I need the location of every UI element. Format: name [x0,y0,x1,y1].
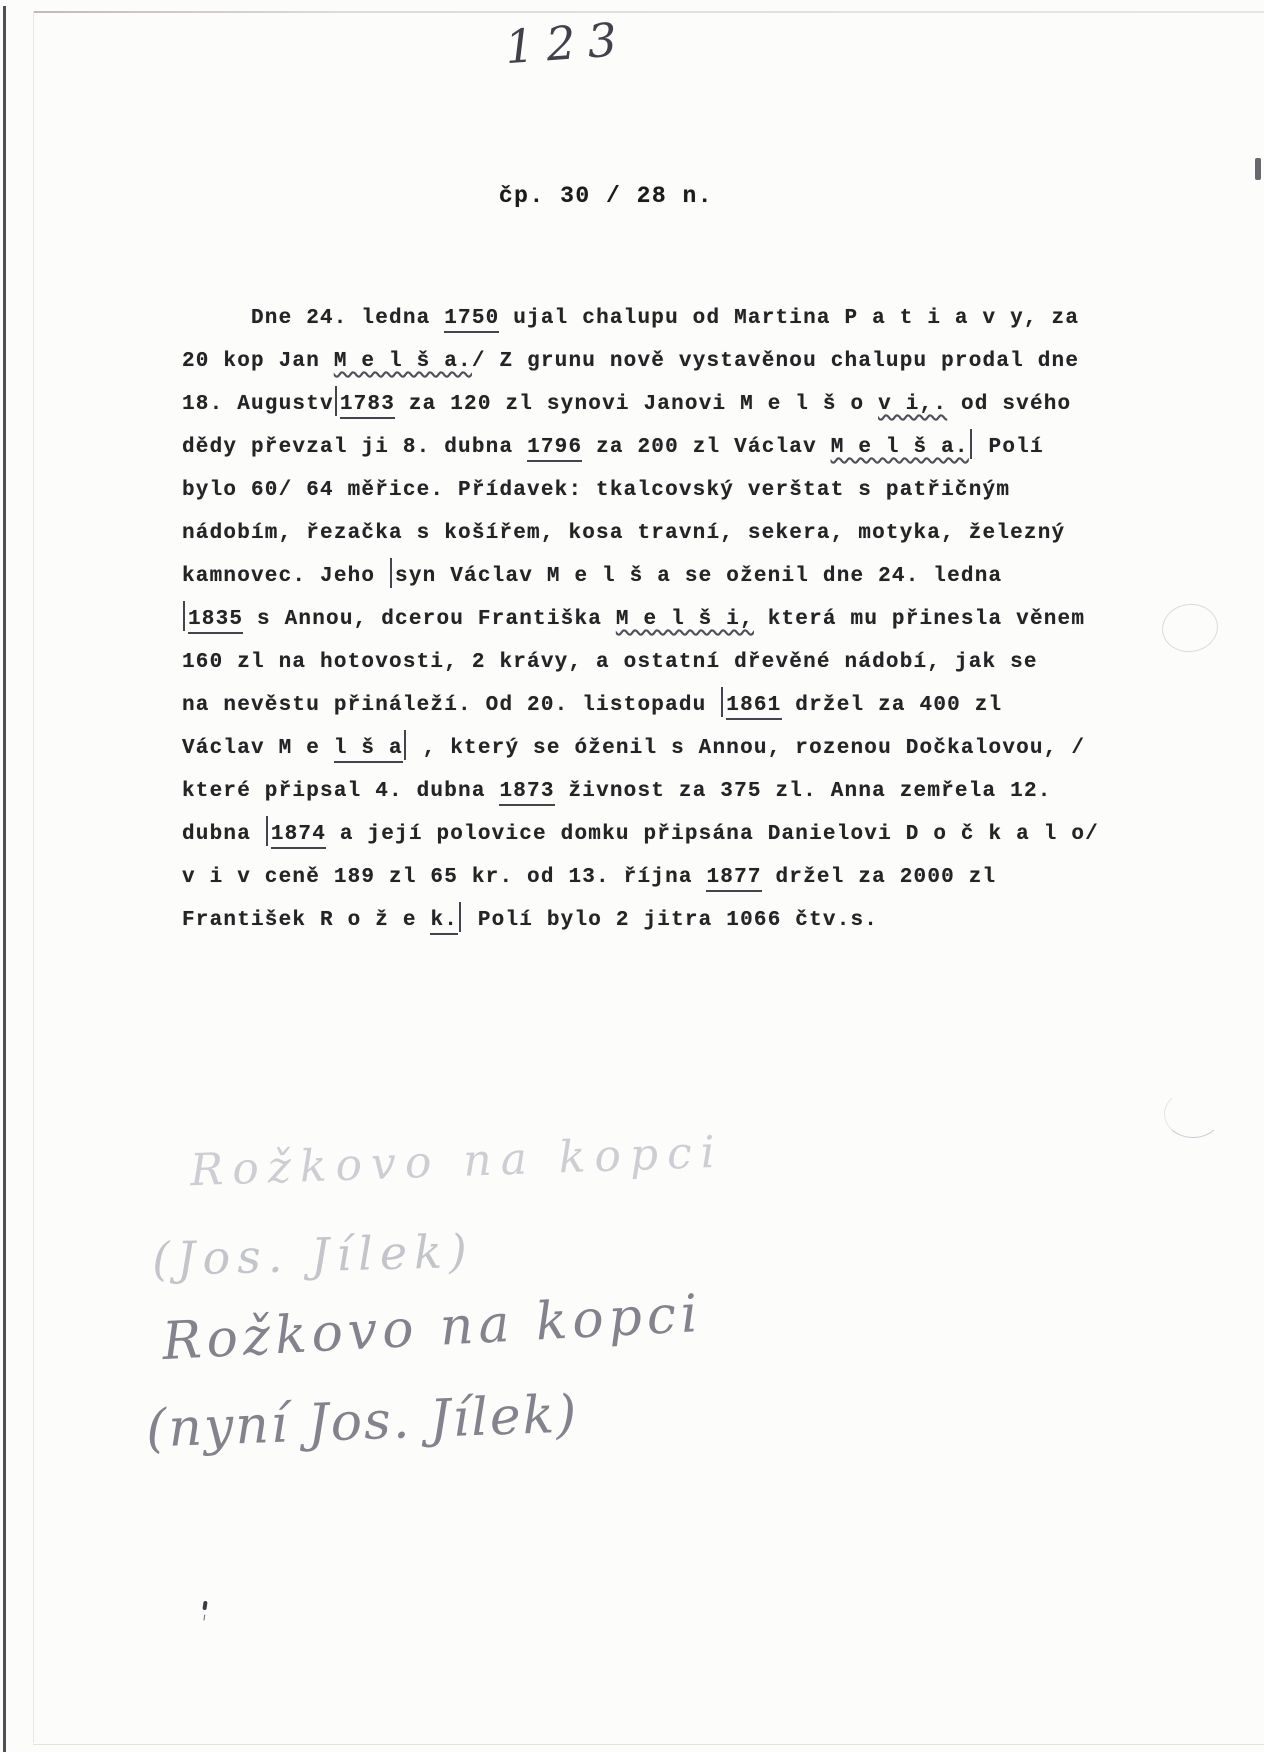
text-run: za 200 zl Václav [582,436,830,459]
scanned-document-page: 123 čp. 30 / 28 n. Dne 24. ledna 1750 uj… [0,0,1264,1752]
underlined-text: 1861 [726,694,781,720]
text-run: ujal chalupu od Martina P a t i a v y, z… [499,307,1079,330]
underlined-text: M e l š i, [616,608,754,631]
text-run: která mu přinesla věnem [754,608,1085,631]
underlined-text: k. [430,909,458,935]
text-run: 18. Augustv [182,393,334,416]
pen-tick-mark [335,386,337,416]
handwritten-note-faint-1: Rožkovo na kopci [189,1127,724,1197]
text-run: živnost za 375 zl. Anna zemřela 12. [555,780,1052,803]
pen-tick-mark [266,816,268,846]
text-run: Dne 24. ledna [251,307,444,330]
paragraph-line: bylo 60/ 64 měřice. Přídavek: tkalcovský… [182,469,1092,512]
underlined-text: v i,. [878,393,947,416]
text-run: dubna [182,823,265,846]
text-run: , který se óženil s Annou, rozenou Dočka… [409,737,1085,760]
text-run: 160 zl na hotovosti, 2 krávy, a ostatní … [182,651,1038,674]
paragraph-line: v i v ceně 189 zl 65 kr. od 13. října 18… [182,856,1092,899]
paragraph-line: Václav M e l š a , který se óženil s Ann… [182,727,1092,770]
underlined-text: 1877 [706,866,761,892]
paragraph-line: na nevěstu přináleží. Od 20. listopadu 1… [182,684,1092,727]
paragraph-line: kamnovec. Jeho syn Václav M e l š a se o… [182,555,1092,598]
text-run: 20 kop Jan [182,350,334,373]
document-title: čp. 30 / 28 n. [0,183,1212,209]
pen-tick-mark [183,601,185,631]
paper-bottom-edge [33,1744,1264,1745]
text-run: bylo 60/ 64 měřice. Přídavek: tkalcovský… [182,479,1010,502]
typewritten-paragraph: Dne 24. ledna 1750 ujal chalupu od Marti… [182,297,1092,942]
text-run: za 120 zl synovi Janovi M e l š o [395,393,878,416]
text-run: kamnovec. Jeho [182,565,389,588]
text-run: nádobím, řezačka s košířem, kosa travní,… [182,522,1065,545]
text-run: František R o ž e [182,909,430,932]
pen-tick-mark [390,558,392,588]
text-run: s Annou, dcerou Františka [243,608,616,631]
paper-crescent-stain [1164,1090,1222,1138]
pen-tick-mark [404,730,406,760]
paragraph-line: Dne 24. ledna 1750 ujal chalupu od Marti… [182,297,1092,340]
paper-left-edge [33,11,34,1743]
paper-ring-stain [1159,600,1221,655]
pen-tick-mark [721,687,723,717]
text-run: držel za 400 zl [782,694,1003,717]
paragraph-line: nádobím, řezačka s košířem, kosa travní,… [182,512,1092,555]
text-run: syn Václav M e l š a se oženil dne 24. l… [395,565,1002,588]
text-run: držel za 2000 zl [762,866,997,889]
underlined-text: 1783 [340,393,395,419]
underlined-text: l š a [334,737,403,763]
text-run: / Z grunu nově vystavěnou chalupu prodal… [472,350,1079,373]
handwritten-note-2: (nyní Jos. Jílek) [145,1384,579,1459]
text-run: dědy převzal ji 8. dubna [182,436,527,459]
paper-top-edge [33,11,1264,13]
handwritten-page-number: 123 [503,12,630,75]
text-run: Polí bylo 2 jitra 1066 čtv.s. [464,909,878,932]
paragraph-line: které připsal 4. dubna 1873 živnost za 3… [182,770,1092,813]
scan-right-edge-mark [1255,158,1261,180]
paragraph-line: 18. Augustv1783 za 120 zl synovi Janovi … [182,383,1092,426]
underlined-text: 1874 [271,823,326,849]
text-run: Václav M e [182,737,334,760]
underlined-text: 1750 [444,307,499,333]
pen-tick-mark [459,902,461,932]
text-run: Polí [975,436,1044,459]
underlined-text: 1835 [188,608,243,634]
paragraph-line: František R o ž e k. Polí bylo 2 jitra 1… [182,899,1092,942]
paragraph-line: 160 zl na hotovosti, 2 krávy, a ostatní … [182,641,1092,684]
underlined-text: M e l š a. [334,350,472,373]
handwritten-note-faint-2: (Jos. Jílek) [151,1224,474,1286]
text-run: a její polovice domku připsána Danielovi… [326,823,1099,846]
scan-left-edge-line [3,6,6,1752]
handwritten-note-1: Rožkovo na kopci [161,1284,704,1372]
underlined-text: 1796 [527,436,582,462]
paragraph-line: dubna 1874 a její polovice domku připsán… [182,813,1092,856]
text-run: na nevěstu přináleží. Od 20. listopadu [182,694,720,717]
ink-speck [202,1601,207,1610]
underlined-text: 1873 [499,780,554,806]
pen-tick-mark [970,429,972,459]
text-run: které připsal 4. dubna [182,780,499,803]
text-run: v i v ceně 189 zl 65 kr. od 13. října [182,866,706,889]
paragraph-line: dědy převzal ji 8. dubna 1796 za 200 zl … [182,426,1092,469]
paragraph-line: 20 kop Jan M e l š a./ Z grunu nově vyst… [182,340,1092,383]
text-run: od svého [947,393,1071,416]
paragraph-line: 1835 s Annou, dcerou Františka M e l š i… [182,598,1092,641]
underlined-text: M e l š a. [831,436,969,459]
